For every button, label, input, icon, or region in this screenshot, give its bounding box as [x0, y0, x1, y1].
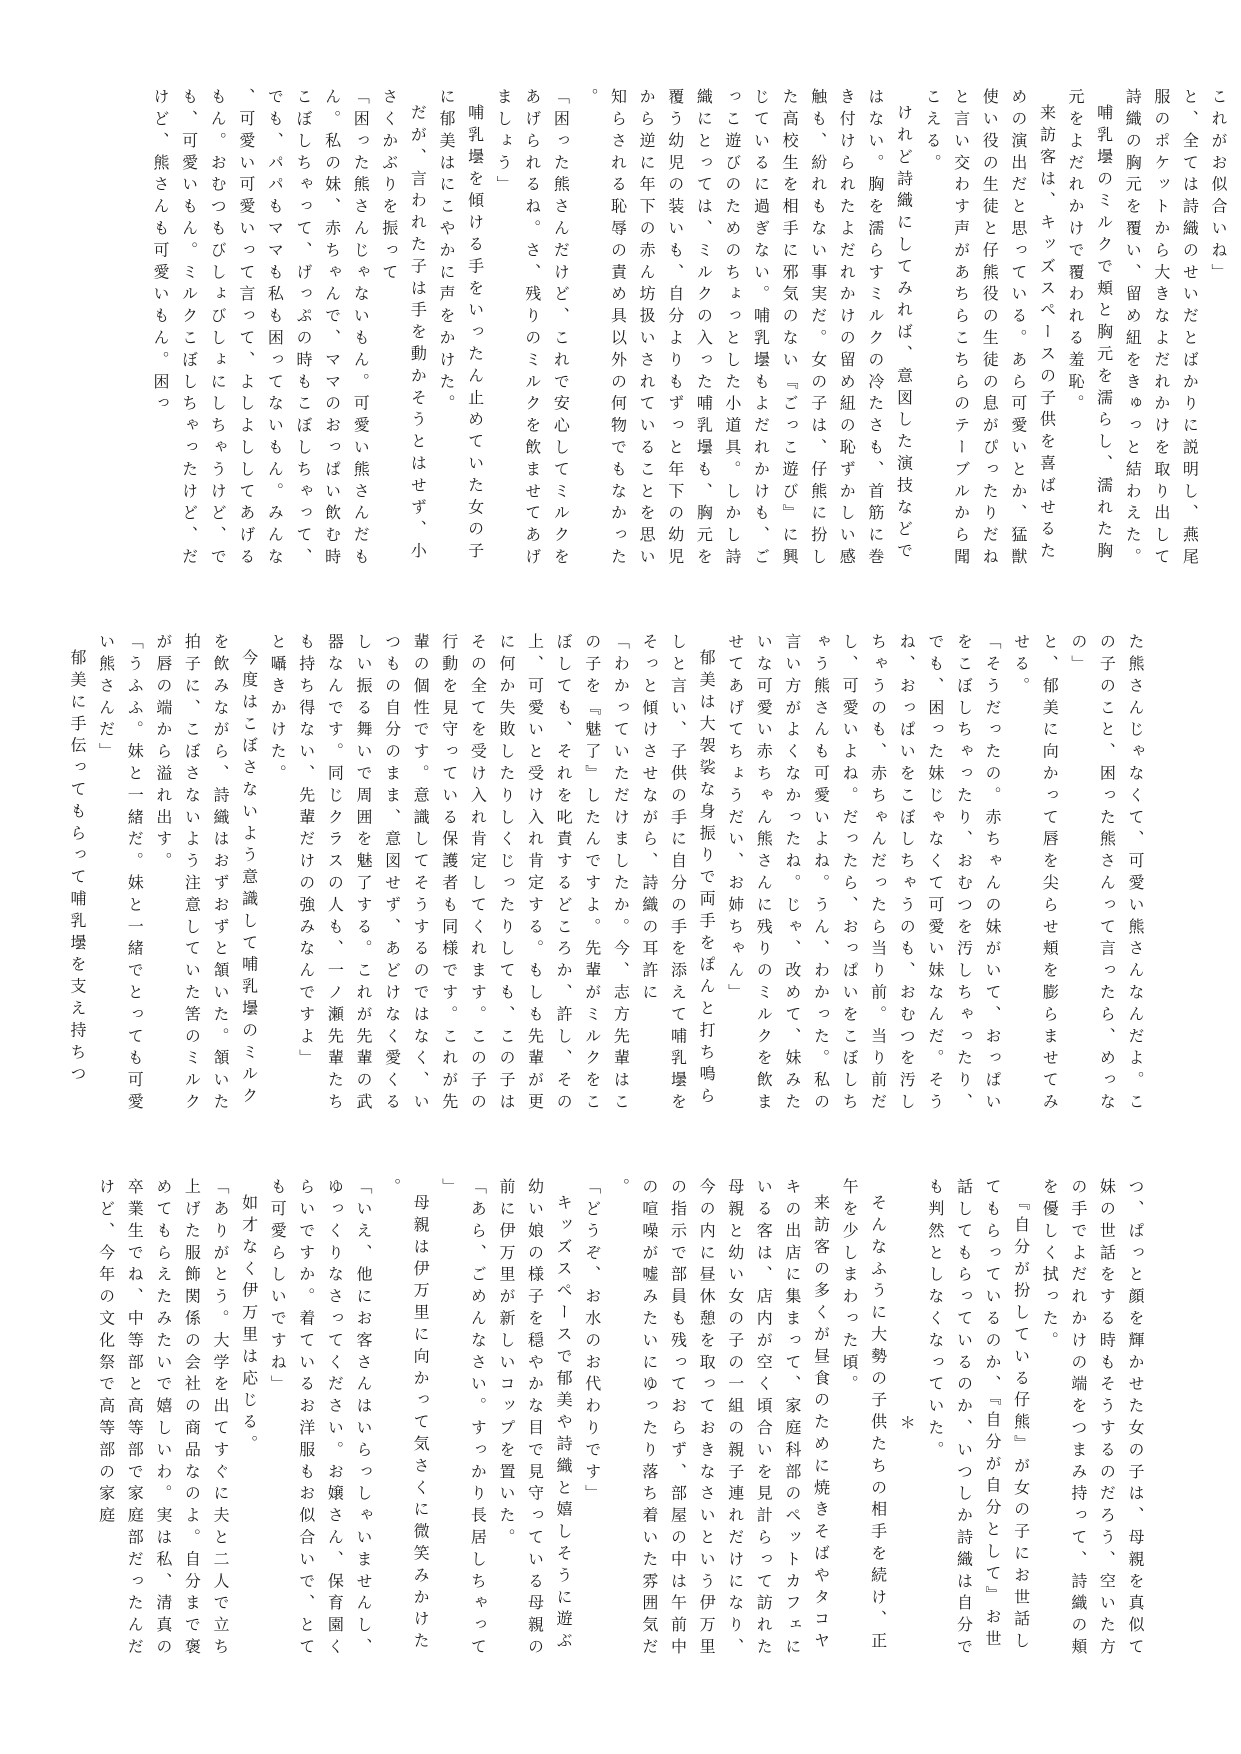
paragraph: 「ありがとう。大学を出てすぐに夫と二人で立ち上げた服飾関係の会社の商品なのよ。自… [90, 1178, 233, 1672]
paragraph: 哺乳壜を傾ける手をいったん止めていた女の子に郁美はにこやかに声をかけた。 [430, 88, 487, 582]
paragraph: た熊さんじゃなくて、可愛い熊さんなんだよ。この子のこと、困った熊さんって言ったら… [1062, 633, 1148, 1127]
paragraph: 来訪客の多くが昼食のために焼きそばやタコヤキの出店に集まって、家庭科部のペットカ… [605, 1178, 834, 1672]
paragraph: 「そうだったの。赤ちゃんの妹がいて、おっぱいをこぼしちゃったり、おむつを汚しちゃ… [719, 633, 1005, 1127]
paragraph: 母親は伊万里に向かって気さくに微笑みかけた。 [376, 1178, 433, 1672]
paragraph: と、郁美に向かって唇を尖らせ頬を膨らませてみせる。 [1005, 633, 1062, 1127]
text-band-middle: た熊さんじゃなくて、可愛い熊さんなんだよ。この子のこと、困った熊さんって言ったら… [106, 633, 1148, 1127]
paragraph: 「困った熊さんだけど、これで安心してミルクをあげられるね。さ、残りのミルクを飲ま… [488, 88, 574, 582]
paragraph: つ、ぱっと顔を輝かせた女の子は、母親を真似て妹の世話をする時もそうするのだろう、… [1034, 1178, 1148, 1672]
paragraph: 『自分が扮している仔熊』が女の子にお世話してもらっているのか、『自分が自分として… [919, 1178, 1033, 1672]
paragraph: 如才なく伊万里は応じる。 [233, 1178, 262, 1672]
paragraph: 「うふふ。妹と一緒だ。妹と一緒でとっても可愛い熊さんだ」 [90, 633, 147, 1127]
paragraph: けれど詩織にしてみれば、意図した演技などではない。胸を濡らすミルクの冷たさも、首… [573, 88, 916, 582]
paragraph: 「いえ、他にお客さんはいらっしゃいませんし、ゆっくりなさってください。お嬢さん、… [262, 1178, 376, 1672]
paragraph: 哺乳壜のミルクで頬と胸元を濡らし、濡れた胸元をよだれかけで覆われる羞恥。 [1059, 88, 1116, 582]
paragraph: だが、言われた子は手を動かそうとはせず、小さくかぶりを振って [373, 88, 430, 582]
paragraph: 「あら、ごめんなさい。すっかり長居しちゃって」 [433, 1178, 490, 1672]
paragraph: と囁きかけた。 [262, 633, 291, 1127]
paragraph: 来訪客は、キッズスペースの子供を喜ばせるための演出だと思っている。あら可愛いとか… [916, 88, 1059, 582]
paragraph: 「わかっていただけましたか。今、志方先輩はこの子を『魅了』したんですよ。先輩がミ… [290, 633, 633, 1127]
paragraph: 今度はこぼさないよう意識して哺乳壜のミルクを飲みながら、詩織はおずおずと頷いた。… [147, 633, 261, 1127]
novel-page: これがお似合いね」と、全ては詩織のせいだとばかりに説明し、燕尾服のポケットから大… [0, 0, 1241, 1754]
paragraph: 「どうぞ、お水のお代わりです」 [576, 1178, 605, 1672]
paragraph: キッズスペースで郁美や詩織と嬉しそうに遊ぶ幼い娘の様子を穏やかな目で見守っている… [490, 1178, 576, 1672]
paragraph: そんなふうに大勢の子供たちの相手を続け、正午を少しまわった頃。 [833, 1178, 890, 1672]
section-separator: ＊ [891, 1178, 920, 1672]
paragraph: これがお似合いね」 [1202, 88, 1231, 582]
paragraph: 郁美に手伝ってもらって哺乳壜を支え持ちつ [61, 633, 90, 1127]
text-band-bottom: つ、ぱっと顔を輝かせた女の子は、母親を真似て妹の世話をする時もそうするのだろう、… [92, 1178, 1148, 1672]
paragraph: と、全ては詩織のせいだとばかりに説明し、燕尾服のポケットから大きなよだれかけを取… [1117, 88, 1203, 582]
text-band-top: これがお似合いね」と、全ては詩織のせいだとばかりに説明し、燕尾服のポケットから大… [109, 88, 1231, 582]
paragraph: 「困った熊さんじゃないもん。可愛い熊さんだもん。私の妹、赤ちゃんで、ママのおっぱ… [144, 88, 373, 582]
paragraph: 郁美は大袈裟な身振りで両手をぽんと打ち鳴らしと言い、子供の手に自分の手を添えて哺… [633, 633, 719, 1127]
